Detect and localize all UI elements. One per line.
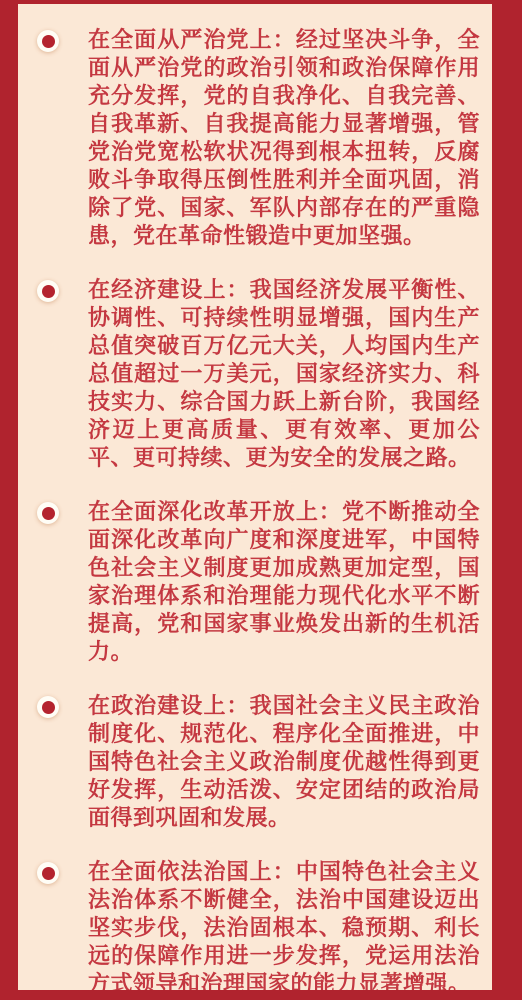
bullet-icon (37, 696, 59, 718)
list-item: 在全面依法治国上：中国特色社会主义法治体系不断健全，法治中国建设迈出坚实步伐，法… (37, 858, 480, 998)
bullet-dot-icon (42, 35, 55, 48)
bullet-icon (37, 862, 59, 884)
list-item: 在全面从严治党上：经过坚决斗争，全面从严治党的政治引领和政治保障作用充分发挥，党… (37, 26, 480, 250)
point-text-economy: 在经济建设上：我国经济发展平衡性、协调性、可持续性明显增强，国内生产总值突破百万… (88, 276, 480, 472)
bullet-icon (37, 30, 59, 52)
point-text-party-governance: 在全面从严治党上：经过坚决斗争，全面从严治党的政治引领和政治保障作用充分发挥，党… (88, 26, 480, 250)
bullet-dot-icon (42, 701, 55, 714)
list-item: 在经济建设上：我国经济发展平衡性、协调性、可持续性明显增强，国内生产总值突破百万… (37, 276, 480, 472)
bullet-icon (37, 280, 59, 302)
bullet-icon (37, 502, 59, 524)
point-text-reform-opening: 在全面深化改革开放上：党不断推动全面深化改革向广度和深度进军，中国特色社会主义制… (88, 498, 480, 666)
point-text-politics: 在政治建设上：我国社会主义民主政治制度化、规范化、程序化全面推进，中国特色社会主… (88, 692, 480, 832)
list-item: 在政治建设上：我国社会主义民主政治制度化、规范化、程序化全面推进，中国特色社会主… (37, 692, 480, 832)
achievements-list: 在全面从严治党上：经过坚决斗争，全面从严治党的政治引领和政治保障作用充分发挥，党… (18, 4, 492, 998)
bullet-dot-icon (42, 867, 55, 880)
bullet-dot-icon (42, 507, 55, 520)
list-item: 在全面深化改革开放上：党不断推动全面深化改革向广度和深度进军，中国特色社会主义制… (37, 498, 480, 666)
poster-page: 在全面从严治党上：经过坚决斗争，全面从严治党的政治引领和政治保障作用充分发挥，党… (0, 0, 522, 1000)
point-text-rule-of-law: 在全面依法治国上：中国特色社会主义法治体系不断健全，法治中国建设迈出坚实步伐，法… (88, 858, 480, 998)
bullet-dot-icon (42, 285, 55, 298)
